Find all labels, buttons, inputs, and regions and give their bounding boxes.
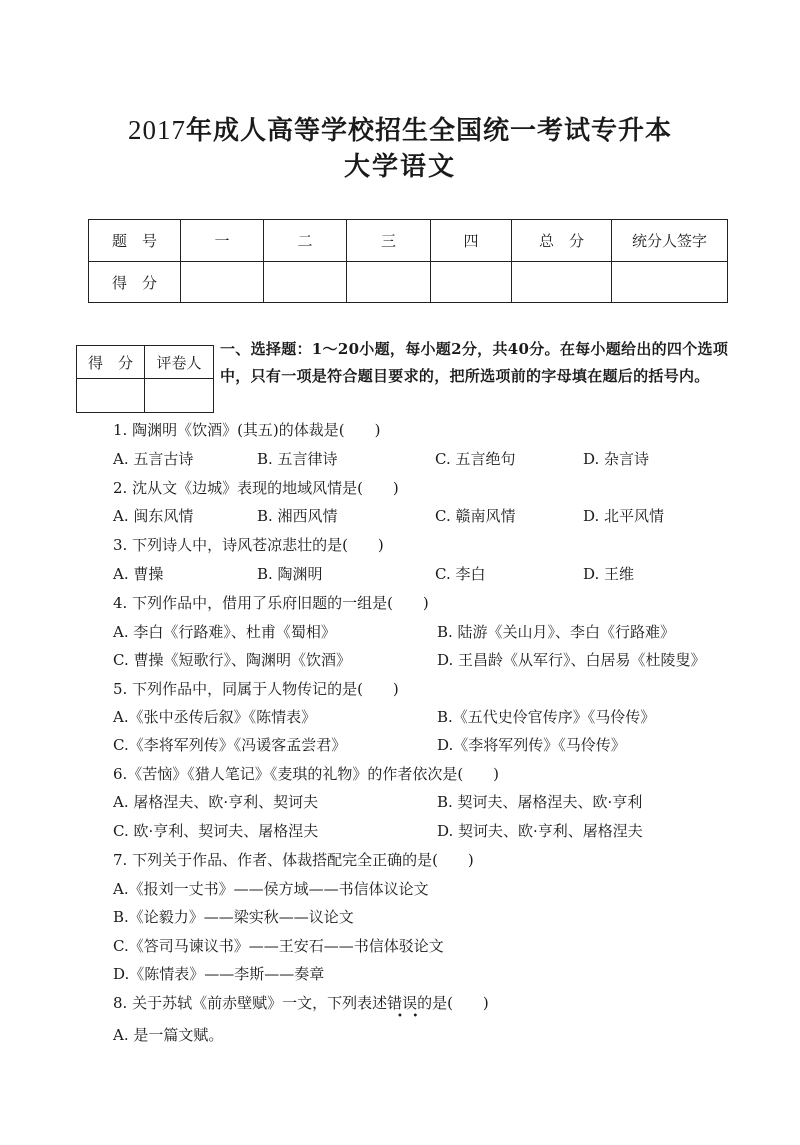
grader-box: 得 分 评卷人 <box>76 345 214 413</box>
score-cell-total[interactable] <box>512 262 612 303</box>
score-table: 题 号 一 二 三 四 总 分 统分人签字 得 分 <box>88 219 728 303</box>
option-c[interactable]: C. 欧·亨利、契诃夫、屠格涅夫 <box>113 821 318 841</box>
question-stem: 7. 下列关于作品、作者、体裁搭配完全正确的是( ) <box>113 850 474 870</box>
option-a[interactable]: A. 五言古诗 <box>113 449 193 469</box>
exam-subject: 大学语文 <box>0 146 800 183</box>
option-d[interactable]: D.《陈情表》——李斯——奏章 <box>113 964 324 984</box>
option-c[interactable]: C. 五言绝句 <box>435 449 515 469</box>
option-a[interactable]: A.《张中丞传后叙》《陈情表》 <box>113 707 316 727</box>
option-d[interactable]: D. 契诃夫、欧·亨利、屠格涅夫 <box>437 821 643 841</box>
score-cell-4[interactable] <box>431 262 512 303</box>
option-c[interactable]: C.《答司马谏议书》——王安石——书信体驳论文 <box>113 936 444 956</box>
question-stem: 3. 下列诗人中，诗风苍凉悲壮的是( ) <box>113 535 384 555</box>
question-stem: 1. 陶渊明《饮酒》(其五)的体裁是( ) <box>113 420 381 440</box>
exam-title: 2017年成人高等学校招生全国统一考试专升本 <box>0 110 800 147</box>
question-stem: 5. 下列作品中，同属于人物传记的是( ) <box>113 679 399 699</box>
question-stem: 6.《苦恼》《猎人笔记》《麦琪的礼物》的作者依次是( ) <box>113 764 499 784</box>
row-label-score: 得 分 <box>89 262 181 303</box>
option-d[interactable]: D.《李将军列传》《马伶传》 <box>437 735 626 755</box>
question-stem: 4. 下列作品中，借用了乐府旧题的一组是( ) <box>113 593 429 613</box>
option-a[interactable]: A.《报刘一丈书》——侯方域——书信体议论文 <box>113 879 429 899</box>
option-d[interactable]: D. 北平风情 <box>583 506 664 526</box>
option-a[interactable]: A. 屠格涅夫、欧·亨利、契诃夫 <box>113 792 318 812</box>
option-b[interactable]: B. 湘西风情 <box>257 506 338 526</box>
option-c[interactable]: C.《李将军列传》《冯谖客孟尝君》 <box>113 735 346 755</box>
option-b[interactable]: B. 契诃夫、屠格涅夫、欧·亨利 <box>437 792 642 812</box>
section-instructions: 一、选择题：1～20小题，每小题2分，共40分。在每小题给出的四个选项中，只有一… <box>220 336 740 390</box>
question-stem: 8. 关于苏轼《前赤壁赋》一文，下列表述错误的是( ) <box>113 993 489 1013</box>
row-label-question-number: 题 号 <box>89 220 181 262</box>
option-b[interactable]: B. 陶渊明 <box>257 564 323 584</box>
option-a[interactable]: A. 李白《行路难》、杜甫《蜀相》 <box>113 622 336 642</box>
col-header-3: 三 <box>347 220 431 262</box>
score-cell-1[interactable] <box>181 262 264 303</box>
option-b[interactable]: B. 五言律诗 <box>257 449 338 469</box>
option-d[interactable]: D. 王昌龄《从军行》、白居易《杜陵叟》 <box>437 650 706 670</box>
score-cell-3[interactable] <box>347 262 431 303</box>
option-a[interactable]: A. 是一篇文赋。 <box>113 1025 223 1045</box>
col-header-1: 一 <box>181 220 264 262</box>
score-cell-2[interactable] <box>264 262 347 303</box>
col-header-4: 四 <box>431 220 512 262</box>
option-b[interactable]: B.《五代史伶官传序》《马伶传》 <box>437 707 655 727</box>
grader-header-reviewer: 评卷人 <box>145 346 214 379</box>
option-d[interactable]: D. 王维 <box>583 564 634 584</box>
score-cell-signature[interactable] <box>612 262 728 303</box>
col-header-scorer-signature: 统分人签字 <box>612 220 728 262</box>
grader-header-score: 得 分 <box>77 346 145 379</box>
option-b[interactable]: B. 陆游《关山月》、李白《行路难》 <box>437 622 675 642</box>
option-b[interactable]: B.《论毅力》——梁实秋——议论文 <box>113 907 354 927</box>
grader-reviewer-cell[interactable] <box>145 379 214 413</box>
emphasis-dots: • • <box>397 1013 418 1021</box>
option-d[interactable]: D. 杂言诗 <box>583 449 649 469</box>
option-c[interactable]: C. 李白 <box>435 564 485 584</box>
option-a[interactable]: A. 曹操 <box>113 564 163 584</box>
option-a[interactable]: A. 闽东风情 <box>113 506 193 526</box>
question-stem: 2. 沈从文《边城》表现的地域风情是( ) <box>113 478 399 498</box>
option-c[interactable]: C. 赣南风情 <box>435 506 515 526</box>
option-c[interactable]: C. 曹操《短歌行》、陶渊明《饮酒》 <box>113 650 351 670</box>
grader-score-cell[interactable] <box>77 379 145 413</box>
col-header-total: 总 分 <box>512 220 612 262</box>
col-header-2: 二 <box>264 220 347 262</box>
